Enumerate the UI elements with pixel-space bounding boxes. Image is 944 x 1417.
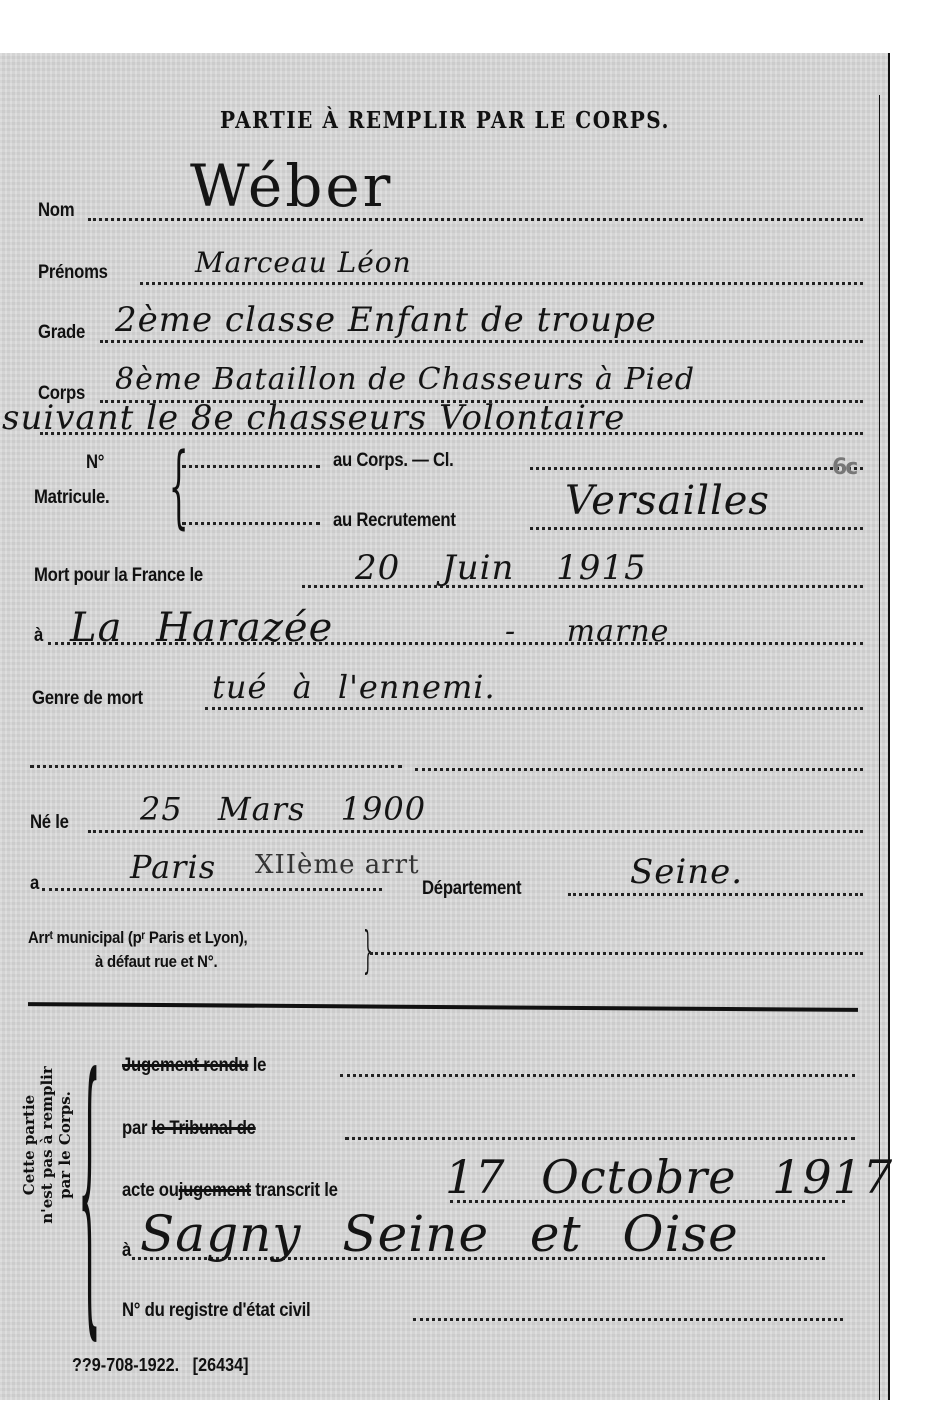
label-jugement-le: le (253, 1055, 266, 1076)
side-note-line-1: Cette partie (20, 1045, 38, 1245)
value-arrondissement: XIIème arrt (255, 850, 420, 880)
label-genre-de-mort: Genre de mort (32, 688, 143, 710)
label-lieu-transcription: à (122, 1240, 131, 1262)
dotted-line-classe (530, 467, 863, 470)
value-ne-le: 25 Mars 1900 (140, 790, 426, 828)
dotted-line-departement (568, 893, 863, 896)
label-arr-municipal-1: Arrᵗ municipal (pʳ Paris et Lyon), (28, 928, 247, 948)
dotted-line-blank-right (415, 768, 863, 771)
side-note-line-3: par le Corps. (56, 1045, 74, 1245)
dotted-line-tribunal (345, 1137, 855, 1140)
label-lieu-mort: à (34, 625, 43, 647)
value-lieu-mort: La Harazée (70, 605, 333, 651)
value-corps: 8ème Bataillon de Chasseurs à Pied (115, 362, 695, 397)
dotted-line-lieu-naissance (42, 888, 382, 891)
label-matricule: Matricule. (34, 487, 109, 509)
value-lieu-naissance: Paris (130, 848, 216, 886)
value-genre-de-mort: tué à l'ennemi. (212, 668, 496, 706)
print-footer: ??9-708-1922. [26434] (72, 1355, 249, 1376)
dotted-line-registre (413, 1318, 843, 1321)
dotted-line-genre (205, 707, 863, 710)
label-au-recrutement: au Recrutement (333, 510, 456, 532)
print-code: ??9-708-1922. (72, 1355, 179, 1375)
brace-matricule: { (169, 442, 189, 532)
value-mort-date: 20 Juin 1915 (355, 548, 647, 588)
label-lieu-naissance: a (30, 873, 39, 895)
dotted-line-grade (100, 340, 863, 343)
label-departement: Département (422, 878, 521, 900)
dotted-line-recrutement (530, 527, 863, 530)
brace-lower-section: { (78, 1040, 101, 1340)
label-prenoms: Prénoms (38, 262, 108, 284)
label-au-corps: au Corps. — Cl. (333, 450, 454, 472)
dotted-line-matricule-corps (182, 465, 320, 468)
value-grade: 2ème classe Enfant de troupe (115, 300, 657, 340)
label-mort-pour-la-france: Mort pour la France le (34, 565, 203, 587)
label-ne-le: Né le (30, 812, 69, 834)
label-transcrit-le: transcrit le (255, 1180, 337, 1201)
label-arr-municipal-2: à défaut rue et N°. (95, 952, 217, 972)
dotted-line-prenoms (140, 282, 863, 285)
print-ref: [26434] (193, 1355, 249, 1375)
value-recrutement: Versailles (565, 478, 770, 524)
label-registre: N° du registre d'état civil (122, 1300, 310, 1322)
label-tribunal: par le Tribunal de (122, 1118, 256, 1140)
card-right-inner-border (879, 95, 880, 1400)
value-nom: Wéber (190, 152, 393, 220)
value-departement: Seine. (630, 852, 743, 892)
struck-tribunal: le Tribunal de (152, 1118, 256, 1139)
label-matricule-no: N° (86, 452, 104, 474)
page-title: PARTIE À REMPLIR PAR LE CORPS. (0, 106, 890, 134)
value-lieu-transcription: Sagny Seine et Oise (140, 1205, 739, 1263)
dotted-line-matricule-recrutement (182, 522, 320, 525)
struck-jugement-rendu: Jugement rendu (122, 1055, 248, 1076)
brace-arr-municipal: } (363, 925, 373, 975)
margin-stamp: 6c (832, 455, 856, 480)
label-acte-ou: acte ou (122, 1180, 179, 1201)
side-note: Cette partie n'est pas à remplir par le … (20, 1045, 74, 1245)
label-acte-transcrit: acte oujugement transcrit le (122, 1180, 338, 1202)
value-corps-line2: suivant le 8e chasseurs Volontaire (2, 398, 625, 438)
label-par: par (122, 1118, 147, 1139)
label-jugement-rendu: Jugement rendu le (122, 1055, 266, 1077)
label-grade: Grade (38, 322, 85, 344)
dotted-line-blank-left (30, 765, 402, 768)
label-nom: Nom (38, 200, 74, 222)
dotted-line-jugement (340, 1074, 855, 1077)
dotted-line-arr-municipal (370, 952, 863, 955)
value-transcrit-date: 17 Octobre 1917 (445, 1150, 893, 1204)
value-lieu-mort-dept: - marne (505, 614, 669, 649)
dotted-line-ne-le (88, 830, 863, 833)
side-note-line-2: n'est pas à remplir (38, 1045, 56, 1245)
struck-jugement: jugement (179, 1180, 251, 1201)
value-prenoms: Marceau Léon (195, 246, 412, 279)
